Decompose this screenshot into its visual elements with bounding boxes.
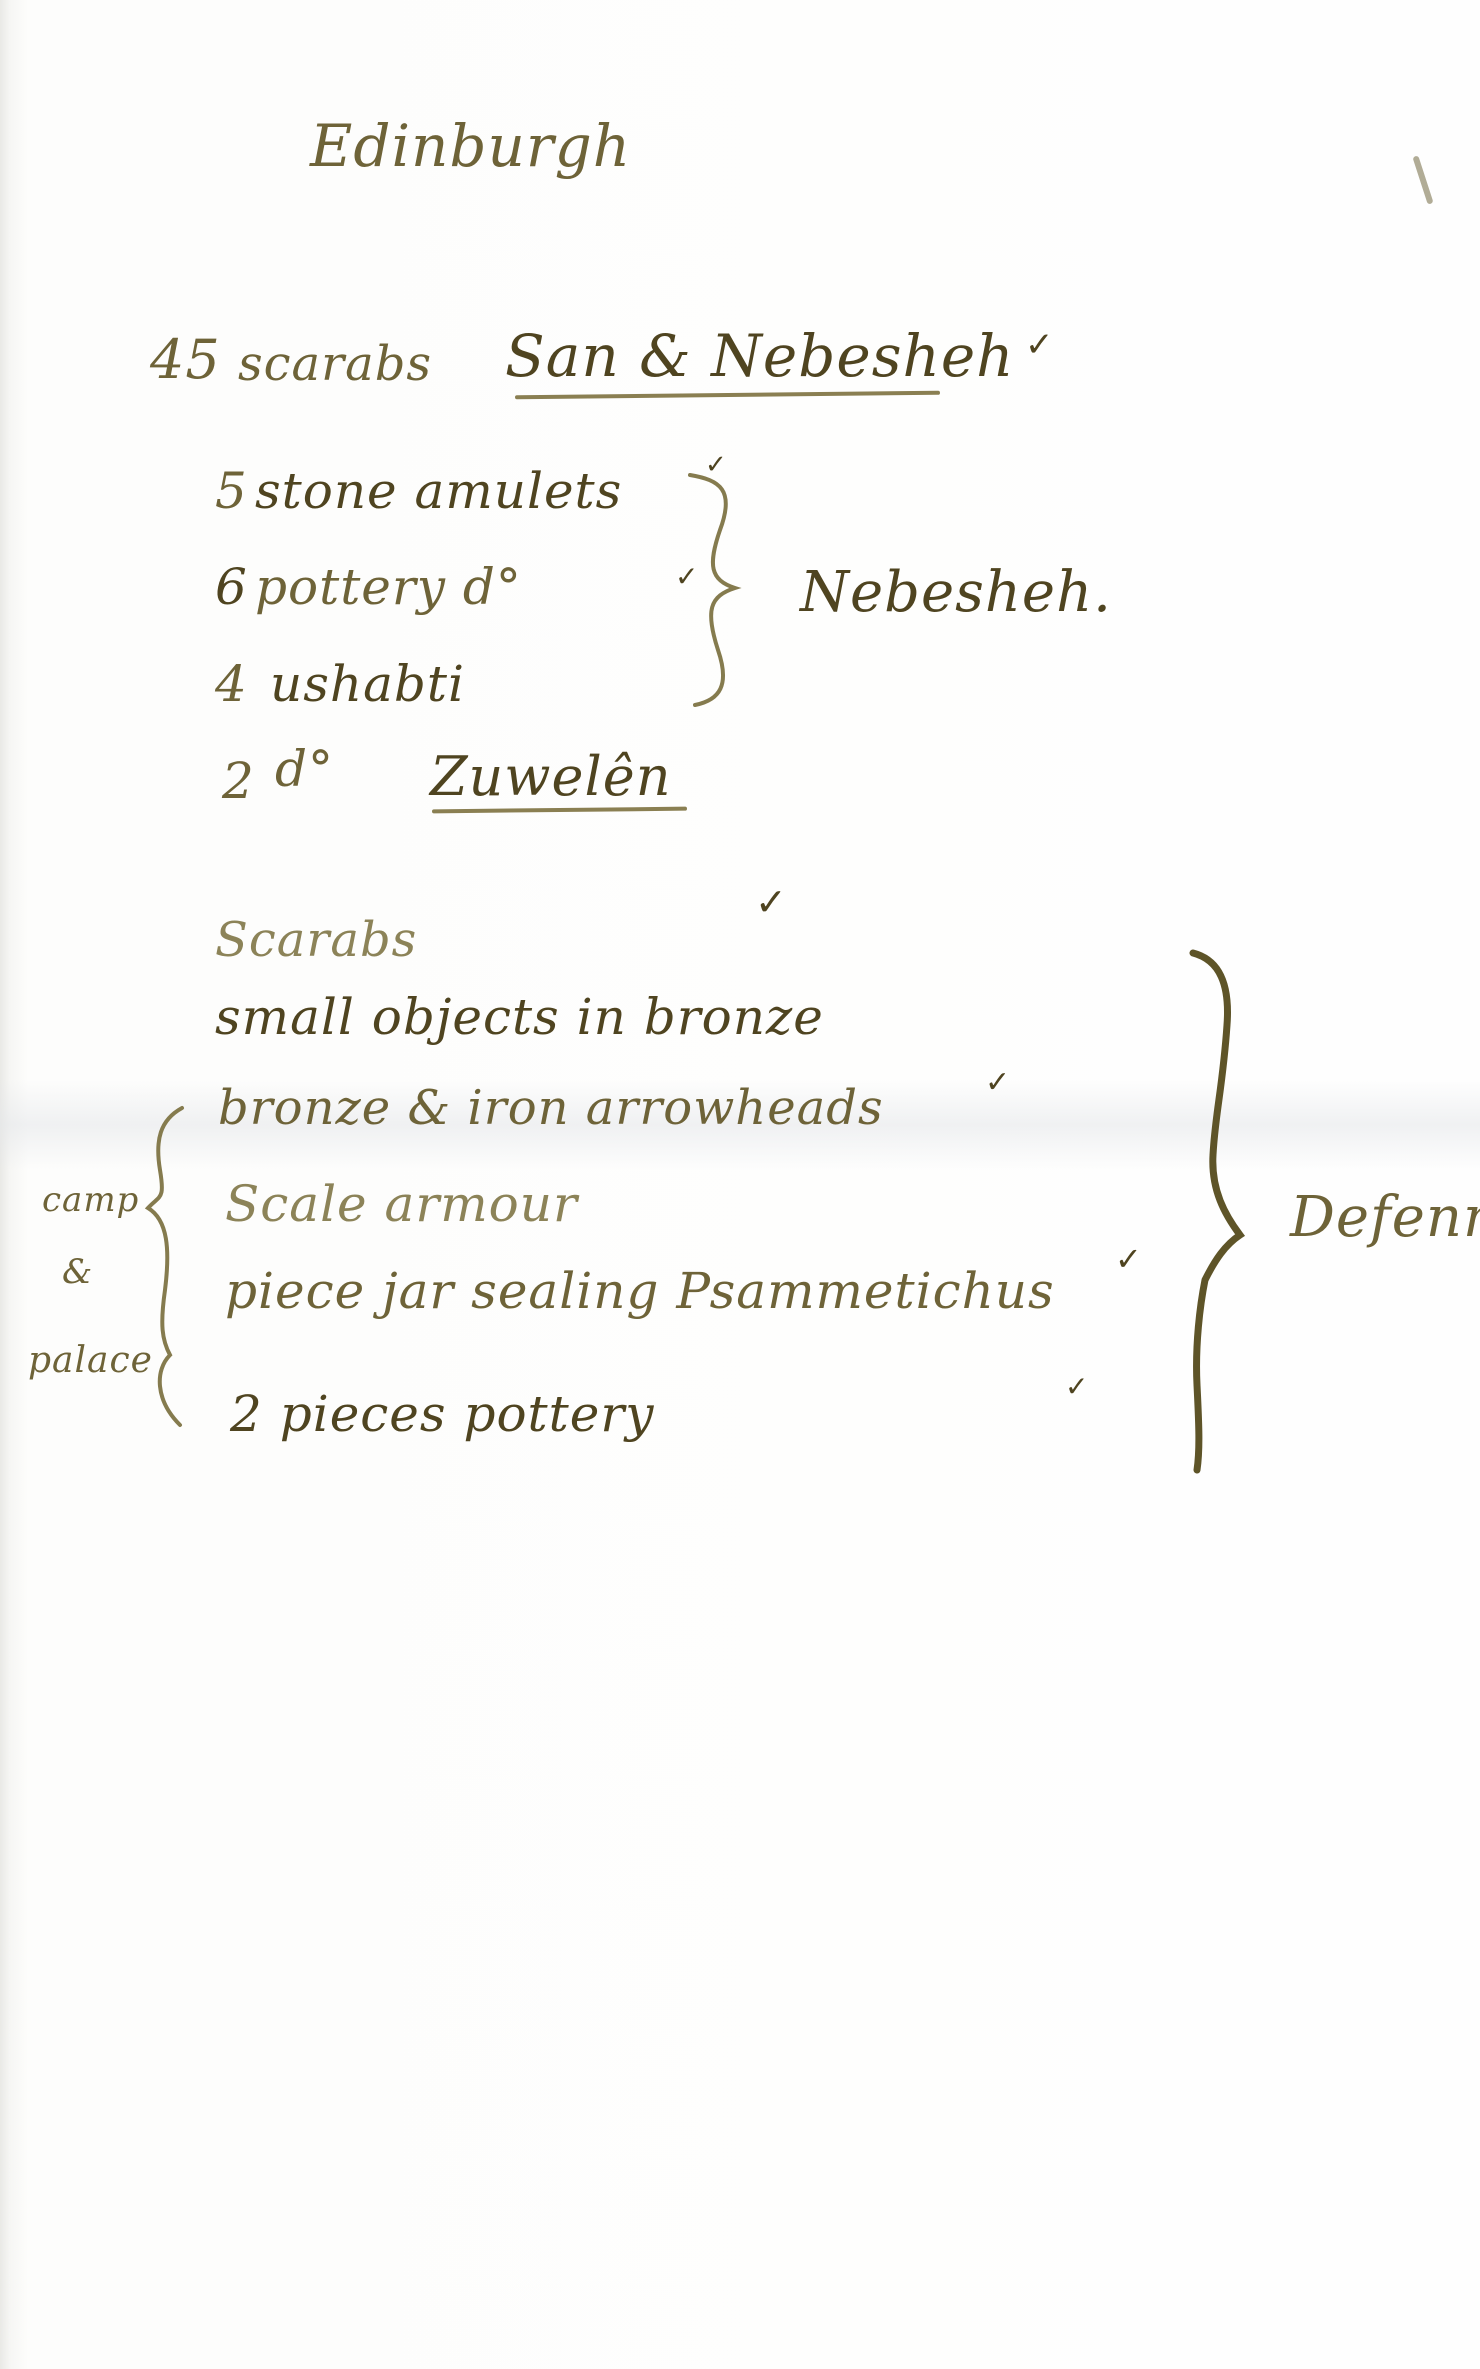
item-count: 2 — [222, 752, 255, 810]
item-label: pottery d° — [255, 558, 522, 616]
item-label: Scale armour — [225, 1175, 578, 1233]
item-label: Scarabs — [215, 912, 417, 968]
item-count: 4 — [215, 655, 248, 713]
check-mark-icon: ✓ — [1115, 1240, 1142, 1278]
margin-label-line: palace — [28, 1340, 153, 1381]
item-label: d° — [275, 740, 334, 798]
corner-ink-mark — [1412, 155, 1433, 204]
item-site: Zuwelên — [430, 745, 671, 808]
item-label: small objects in bronze — [215, 988, 824, 1046]
item-label: 2 pieces pottery — [230, 1385, 654, 1443]
item-count: 5 — [215, 462, 248, 520]
item-label: piece jar sealing Psammetichus — [225, 1262, 1055, 1320]
item-label: bronze & iron arrowheads — [218, 1080, 884, 1136]
header-site-underline — [515, 391, 940, 399]
margin-label-line: & — [62, 1252, 93, 1292]
header-site: San & Nebesheh — [505, 322, 1015, 390]
right-brace-icon — [1185, 945, 1275, 1475]
margin-label-line: camp — [42, 1180, 139, 1220]
page-heading: Edinburgh — [310, 112, 631, 180]
check-mark-icon: ✓ — [755, 880, 787, 924]
check-mark-icon: ✓ — [1065, 1370, 1088, 1403]
group-label-defenneh: Defenneh — [1290, 1185, 1480, 1250]
check-mark-icon: ✓ — [985, 1065, 1010, 1100]
left-brace-icon — [140, 1100, 190, 1430]
header-item: scarabs — [238, 336, 432, 392]
item-count: 6 — [215, 558, 248, 616]
group-label-nebesheh: Nebesheh. — [800, 560, 1112, 625]
header-count: 45 — [150, 328, 221, 391]
right-brace-icon — [680, 470, 760, 710]
manuscript-page: Edinburgh 45 scarabs San & Nebesheh ✓ 5 … — [0, 0, 1480, 2369]
item-label: stone amulets — [255, 462, 622, 520]
check-mark-icon: ✓ — [1025, 325, 1054, 365]
item-label: ushabti — [270, 655, 465, 713]
